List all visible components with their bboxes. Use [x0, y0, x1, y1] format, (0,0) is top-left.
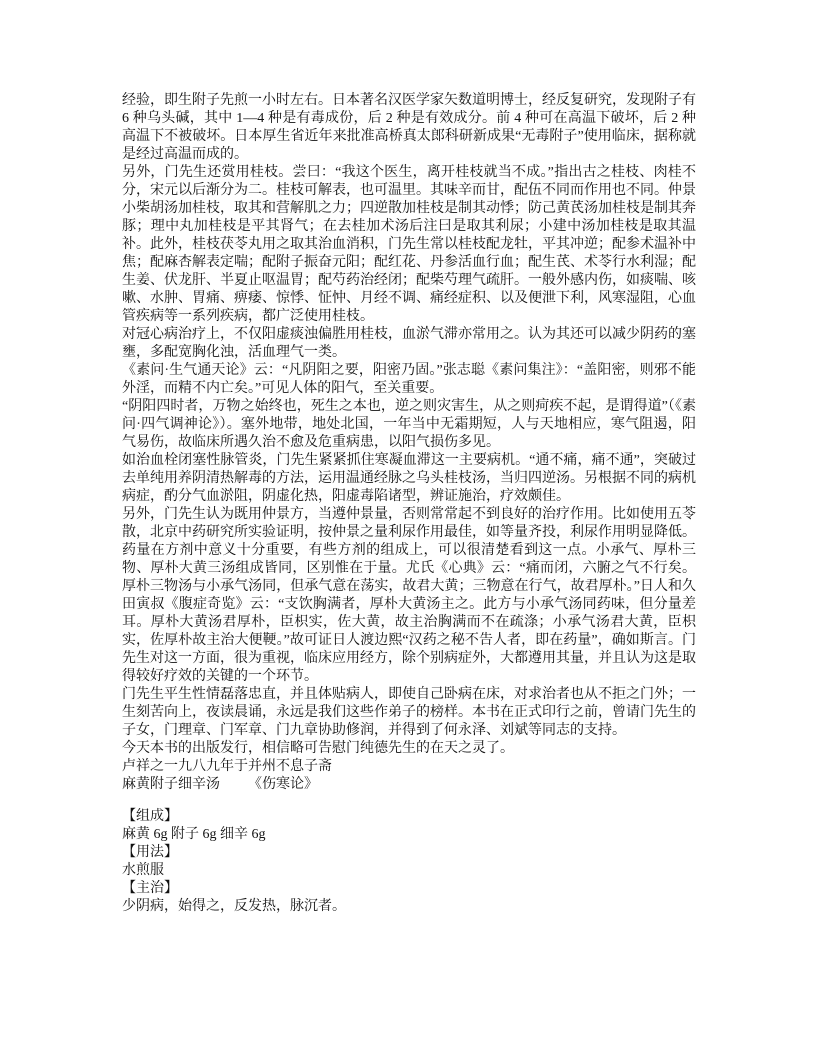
- body-paragraph: 门先生平生性情磊落忠直，并且体贴病人，即使自己卧病在床，对求治者也从不拒之门外；…: [122, 686, 696, 740]
- body-paragraph: 对冠心病治疗上，不仅阳虚痰浊偏胜用桂枝，血淤气滞亦常用之。认为其还可以减少阴药的…: [122, 326, 696, 362]
- body-paragraph: 经验，即生附子先煎一小时左右。日本著名汉医学家矢数道明博士，经反复研究，发现附子…: [122, 92, 696, 164]
- body-paragraph: 《素问·生气通天论》云：“凡阴阳之要，阳密乃固。”张志聪《素问集注》：“盖阳密，…: [122, 362, 696, 398]
- formula-source: 《伤寒论》: [248, 777, 318, 792]
- section-label-composition: 【组成】: [122, 808, 696, 826]
- body-paragraph: 另外，门先生认为既用仲景方，当遵仲景量，否则常常起不到良好的治疗作用。比如使用五…: [122, 506, 696, 686]
- text-block: 经验，即生附子先煎一小时左右。日本著名汉医学家矢数道明博士，经反复研究，发现附子…: [122, 92, 696, 916]
- section-text-usage: 水煎服: [122, 862, 696, 880]
- closing-paragraph: 今天本书的出版发行，相信略可告慰门纯德先生的在天之灵了。: [122, 740, 696, 758]
- section-label-usage: 【用法】: [122, 844, 696, 862]
- section-text-indication: 少阴病，始得之，反发热，脉沉者。: [122, 898, 696, 916]
- section-text-composition: 麻黄 6g 附子 6g 细辛 6g: [122, 826, 696, 844]
- body-paragraph: 如治血栓闭塞性脉管炎，门先生紧紧抓住寒凝血滞这一主要病机。“通不痛，痛不通”，突…: [122, 452, 696, 506]
- body-paragraph: 另外，门先生还赏用桂枝。尝曰：“我这个医生，离开桂枝就当不成。”指出古之桂枝、肉…: [122, 164, 696, 326]
- formula-heading: 麻黄附子细辛汤《伤寒论》: [122, 776, 696, 794]
- formula-name: 麻黄附子细辛汤: [122, 777, 220, 792]
- section-label-indication: 【主治】: [122, 880, 696, 898]
- signature-line: 卢祥之一九八九年于并州不息子斋: [122, 758, 696, 776]
- body-paragraph: “阴阳四时者，万物之始终也，死生之本也，逆之则灾害生，从之则疴疾不起，是谓得道”…: [122, 398, 696, 452]
- document-page: 经验，即生附子先煎一小时左右。日本著名汉医学家矢数道明博士，经反复研究，发现附子…: [0, 0, 816, 1056]
